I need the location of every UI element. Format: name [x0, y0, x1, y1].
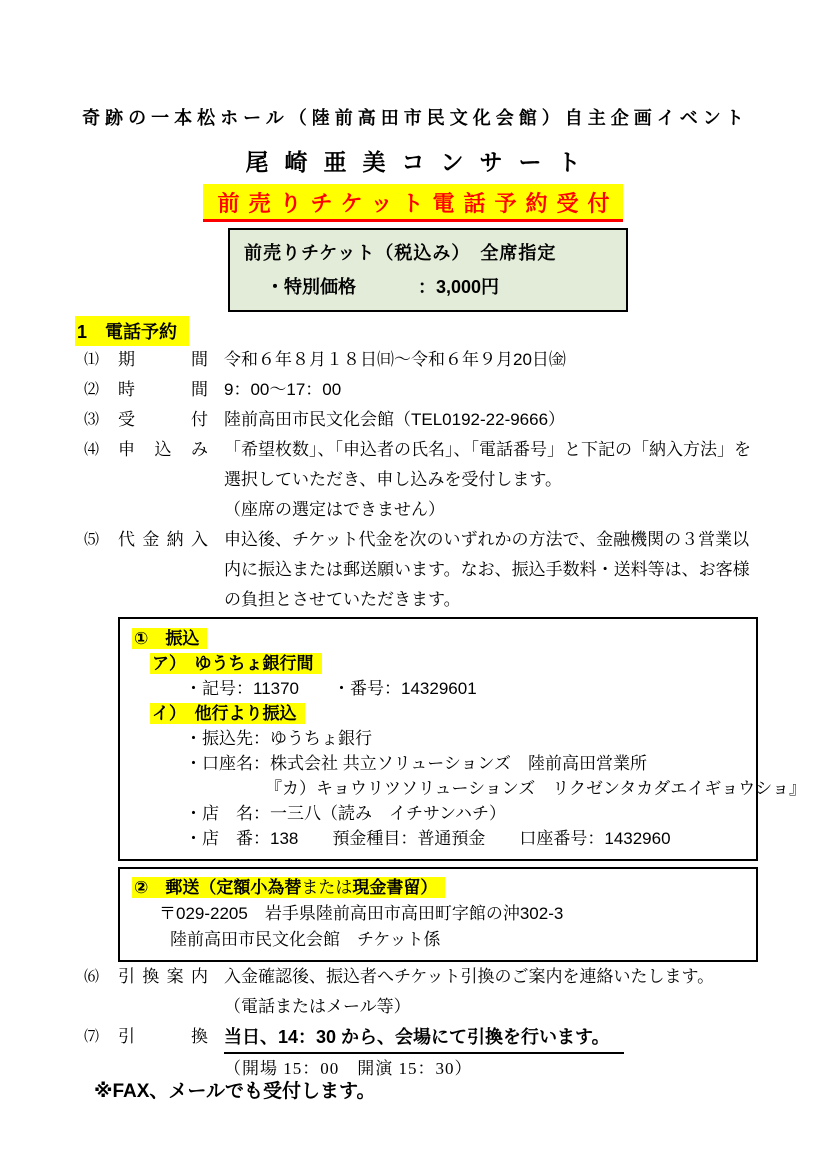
method-a-heading: ア） ゆうちょ銀行間: [150, 651, 756, 676]
item-number: ⑵: [84, 375, 118, 405]
branch-name: ・店 名：一三八（読み イチサンハチ）: [185, 801, 756, 826]
item-line: （座席の選定はできません）: [224, 495, 806, 525]
list-item-reception: ⑶ 受付 陸前高田市民文化会館（TEL0192-22-9666）: [0, 405, 826, 435]
item-label: 引換案内: [118, 962, 208, 1022]
price-box: 前売りチケット（税込み） 全席指定 ・特別価格 ：3,000円: [228, 228, 628, 312]
item-number: ⑴: [84, 345, 118, 375]
item-label: 受付: [118, 405, 208, 435]
mail-title-bold2: 現金書留）: [352, 878, 437, 897]
ticket-banner: 前売りチケット電話予約受付: [203, 184, 622, 222]
account-name-kana: 『カ）キョウリツソリューションズ リクゼンタカダエイギョウショ』: [265, 776, 756, 801]
item-content: 陸前高田市民文化会館（TEL0192-22-9666）: [224, 405, 806, 435]
item-line: 9：00～17：00: [224, 375, 806, 405]
transfer-title-text: ① 振込: [132, 628, 207, 649]
transfer-destination: ・振込先：ゆうちょ銀行: [185, 726, 756, 751]
list-item-hours: ⑵ 時間 9：00～17：00: [0, 375, 826, 405]
item-number: ⑷: [84, 435, 118, 525]
item-number: ⑹: [84, 962, 118, 1022]
item-label: 代金納入: [118, 525, 208, 615]
item-line: 「希望枚数」、「申込者の氏名」、「電話番号」と下記の「納入方法」を: [224, 435, 806, 465]
item-line: の負担とさせていただきます。: [224, 585, 806, 615]
item-label: 申込み: [118, 435, 208, 525]
item-number: ⑶: [84, 405, 118, 435]
mail-payment-box: ② 郵送（定額小為替または現金書留） 〒029-2205 岩手県陸前高田市高田町…: [118, 867, 758, 962]
mail-title-bold1: ② 郵送（定額小為替: [134, 878, 301, 897]
list-item-exchange: ⑺ 引換 当日、14：30 から、会場にて引換を行います。 （開場 15：00 …: [0, 1022, 826, 1084]
item-number: ⑺: [84, 1022, 118, 1084]
item-line: 令和６年８月１８日㈰～令和６年９月20日㈮: [224, 345, 806, 375]
item-number: ⑸: [84, 525, 118, 615]
reservation-items: ⑴ 期間 令和６年８月１８日㈰～令和６年９月20日㈮ ⑵ 時間 9：00～17：…: [0, 345, 826, 615]
mail-title: ② 郵送（定額小為替または現金書留）: [132, 875, 756, 901]
method-a-detail: ・記号：11370 ・番号：14329601: [185, 676, 756, 701]
item-label: 引換: [118, 1022, 208, 1084]
branch-number-account: ・店 番：138 預金種目：普通預金 口座番号：1432960: [185, 826, 756, 851]
exchange-main-line: 当日、14：30 から、会場にて引換を行います。: [224, 1022, 806, 1054]
mail-recipient: 陸前高田市民文化会館 チケット係: [170, 927, 756, 953]
price-box-price-row: ・特別価格 ：3,000円: [244, 273, 626, 299]
fax-mail-note: ※FAX、メールでも受付します。: [94, 1076, 376, 1103]
item-line: 陸前高田市民文化会館（TEL0192-22-9666）: [224, 405, 806, 435]
list-item-exchange-info: ⑹ 引換案内 入金確認後、振込者へチケット引換のご案内を連絡いたします。 （電話…: [0, 962, 826, 1022]
item-content: 当日、14：30 から、会場にて引換を行います。 （開場 15：00 開演 15…: [224, 1022, 806, 1084]
item-content: 令和６年８月１８日㈰～令和６年９月20日㈮: [224, 345, 806, 375]
item-line: 入金確認後、振込者へチケット引換のご案内を連絡いたします。: [224, 962, 806, 992]
price-value: ：3,000円: [418, 273, 499, 299]
item-content: 申込後、チケット代金を次のいずれかの方法で、金融機関の３営業以 内に振込または郵…: [224, 525, 806, 615]
list-item-application: ⑷ 申込み 「希望枚数」、「申込者の氏名」、「電話番号」と下記の「納入方法」を …: [0, 435, 826, 525]
exchange-items: ⑹ 引換案内 入金確認後、振込者へチケット引換のご案内を連絡いたします。 （電話…: [0, 962, 826, 1084]
mail-title-normal: または: [301, 878, 352, 897]
item-content: 9：00～17：00: [224, 375, 806, 405]
list-item-payment: ⑸ 代金納入 申込後、チケット代金を次のいずれかの方法で、金融機関の３営業以 内…: [0, 525, 826, 615]
section-heading-phone-reservation: 1 電話予約: [75, 316, 189, 346]
item-line: 内に振込または郵送願います。なお、振込手数料・送料等は、お客様: [224, 555, 806, 585]
item-content: 入金確認後、振込者へチケット引換のご案内を連絡いたします。 （電話またはメール等…: [224, 962, 806, 1022]
item-line: （電話またはメール等）: [224, 992, 806, 1022]
method-b-heading-text: イ） 他行より振込: [150, 703, 305, 724]
event-title: 奇跡の一本松ホール（陸前高田市民文化会館）自主企画イベント: [0, 104, 826, 130]
item-content: 「希望枚数」、「申込者の氏名」、「電話番号」と下記の「納入方法」を 選択していた…: [224, 435, 806, 525]
account-name: ・口座名：株式会社 共立ソリューションズ 陸前高田営業所: [185, 751, 756, 776]
concert-title: 尾崎亜美コンサート: [0, 144, 826, 177]
document-page: 奇跡の一本松ホール（陸前高田市民文化会館）自主企画イベント 尾崎亜美コンサート …: [0, 0, 826, 1169]
item-label: 時間: [118, 375, 208, 405]
exchange-main-text: 当日、14：30 から、会場にて引換を行います。: [224, 1022, 624, 1054]
banner-wrap: 前売りチケット電話予約受付: [0, 184, 826, 222]
item-line: 申込後、チケット代金を次のいずれかの方法で、金融機関の３営業以: [224, 525, 806, 555]
method-a-heading-text: ア） ゆうちょ銀行間: [150, 653, 322, 674]
bank-transfer-box: ① 振込 ア） ゆうちょ銀行間 ・記号：11370 ・番号：14329601 イ…: [118, 617, 758, 861]
item-label: 期間: [118, 345, 208, 375]
mail-title-text: ② 郵送（定額小為替または現金書留）: [132, 877, 445, 898]
price-label: ・特別価格: [266, 273, 356, 299]
item-line: 選択していただき、申し込みを受付します。: [224, 465, 806, 495]
list-item-period: ⑴ 期間 令和６年８月１８日㈰～令和６年９月20日㈮: [0, 345, 826, 375]
method-b-heading: イ） 他行より振込: [150, 701, 756, 726]
price-box-title: 前売りチケット（税込み） 全席指定: [244, 239, 626, 265]
mail-address: 〒029-2205 岩手県陸前高田市高田町字館の沖302-3: [159, 901, 756, 927]
transfer-title: ① 振込: [132, 626, 756, 651]
